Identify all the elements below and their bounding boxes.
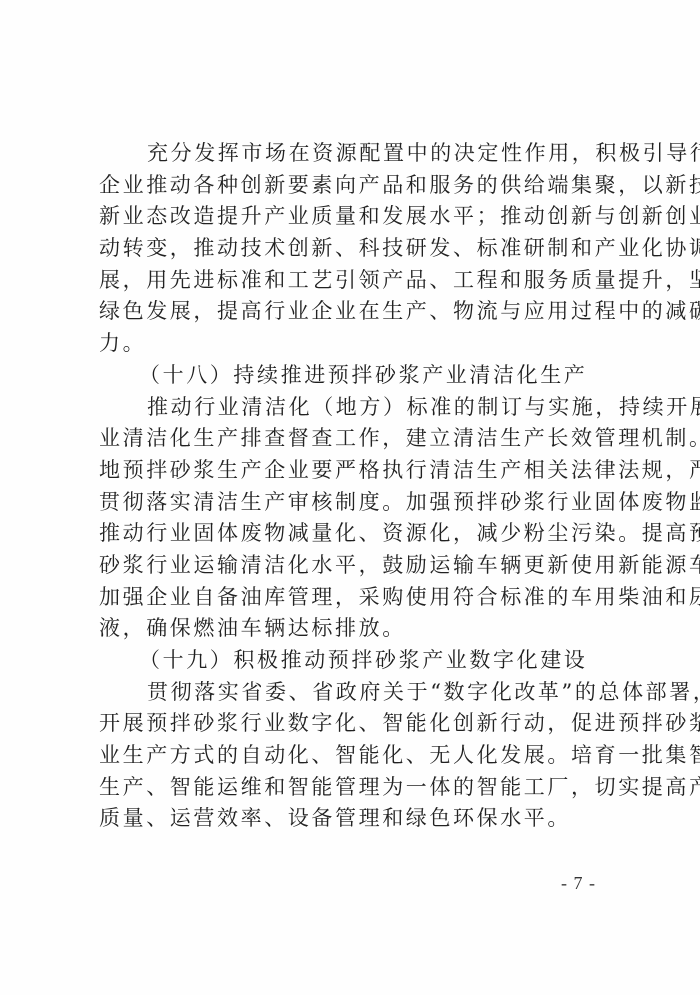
paragraph-2-line-3: 地预拌砂浆生产企业要严格执行清洁生产相关法律法规，严格 bbox=[99, 455, 604, 487]
paragraph-1-line-7: 力。 bbox=[99, 328, 604, 360]
paragraph-1-line-2: 企业推动各种创新要素向产品和服务的供给端集聚，以新技术 bbox=[99, 170, 604, 202]
section-heading-19: （十九）积极推动预拌砂浆产业数字化建设 bbox=[99, 645, 604, 677]
paragraph-2-line-7: 加强企业自备油库管理，采购使用符合标准的车用柴油和尿素 bbox=[99, 582, 604, 614]
page-number: - 7 - bbox=[561, 873, 596, 894]
paragraph-3-line-2: 开展预拌砂浆行业数字化、智能化创新行动，促进预拌砂浆行 bbox=[99, 708, 604, 740]
paragraph-1-line-1: 充分发挥市场在资源配置中的决定性作用，积极引导行业 bbox=[99, 138, 604, 170]
document-body: 充分发挥市场在资源配置中的决定性作用，积极引导行业 企业推动各种创新要素向产品和… bbox=[99, 138, 604, 835]
paragraph-3-line-5: 质量、运营效率、设备管理和绿色环保水平。 bbox=[99, 803, 604, 835]
paragraph-1-line-4: 动转变，推动技术创新、科技研发、标准研制和产业化协调发 bbox=[99, 233, 604, 265]
paragraph-1-line-6: 绿色发展，提高行业企业在生产、物流与应用过程中的减碳能 bbox=[99, 296, 604, 328]
paragraph-2-line-4: 贯彻落实清洁生产审核制度。加强预拌砂浆行业固体废物监管， bbox=[99, 487, 604, 519]
paragraph-1-line-3: 新业态改造提升产业质量和发展水平；推动创新与创新创业互 bbox=[99, 201, 604, 233]
paragraph-2-line-5: 推动行业固体废物减量化、资源化，减少粉尘污染。提高预拌 bbox=[99, 518, 604, 550]
paragraph-2-line-1: 推动行业清洁化（地方）标准的制订与实施，持续开展行 bbox=[99, 392, 604, 424]
paragraph-3-line-3: 业生产方式的自动化、智能化、无人化发展。培育一批集智能 bbox=[99, 740, 604, 772]
paragraph-2-line-2: 业清洁化生产排查督查工作，建立清洁生产长效管理机制。各 bbox=[99, 423, 604, 455]
paragraph-3-line-1: 贯彻落实省委、省政府关于“数字化改革”的总体部署， bbox=[99, 677, 604, 709]
paragraph-3-line-4: 生产、智能运维和智能管理为一体的智能工厂，切实提高产品 bbox=[99, 772, 604, 804]
document-page: 充分发挥市场在资源配置中的决定性作用，积极引导行业 企业推动各种创新要素向产品和… bbox=[0, 0, 700, 995]
section-heading-18: （十八）持续推进预拌砂浆产业清洁化生产 bbox=[99, 360, 604, 392]
paragraph-1-line-5: 展，用先进标准和工艺引领产品、工程和服务质量提升，坚持 bbox=[99, 265, 604, 297]
paragraph-2-line-8: 液，确保燃油车辆达标排放。 bbox=[99, 613, 604, 645]
paragraph-2-line-6: 砂浆行业运输清洁化水平，鼓励运输车辆更新使用新能源车。 bbox=[99, 550, 604, 582]
